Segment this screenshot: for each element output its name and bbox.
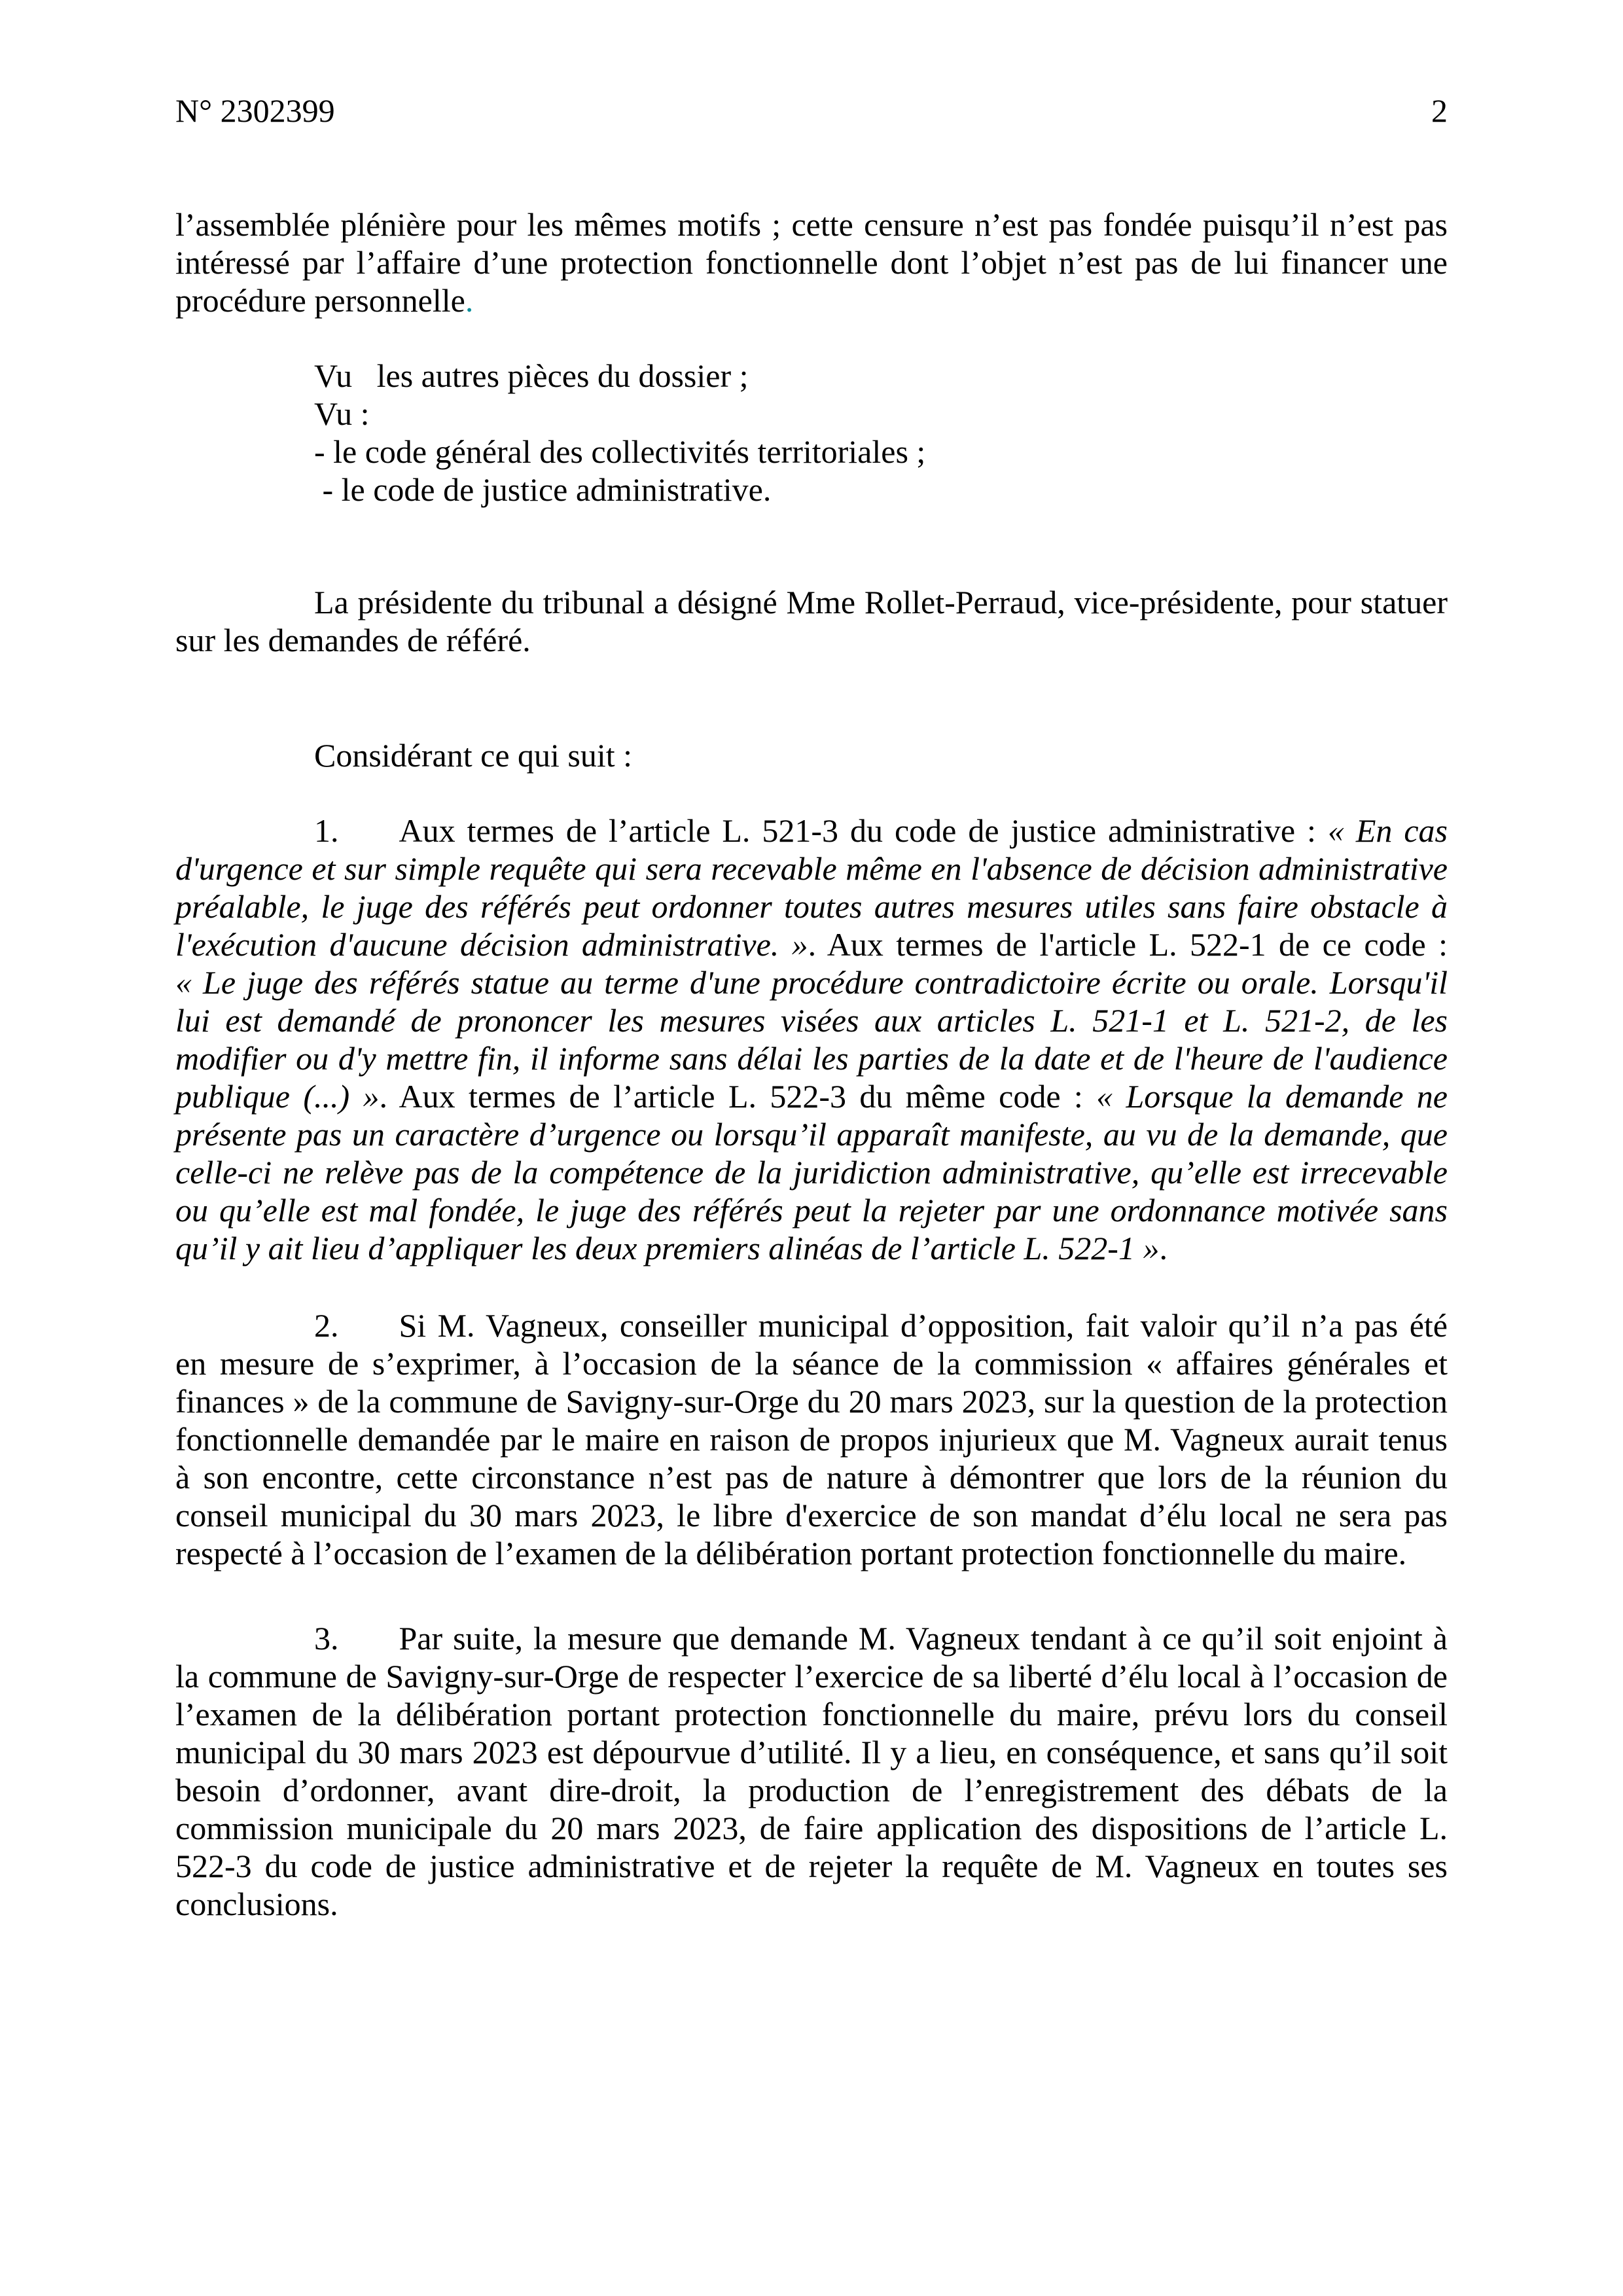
text-run: . Aux termes de l'article L. 522-1 de ce… bbox=[808, 926, 1448, 963]
text-run: l’assemblée plénière pour les mêmes moti… bbox=[175, 206, 1448, 319]
case-number: N° 2302399 bbox=[175, 92, 335, 130]
paragraph-considerant: Considérant ce qui suit : bbox=[175, 736, 1448, 774]
text-run: - le code général des collectivités terr… bbox=[314, 433, 925, 470]
page-sheet: N° 2302399 2 l’assemblée plénière pour l… bbox=[0, 0, 1623, 2296]
document-body: l’assemblée plénière pour les mêmes moti… bbox=[175, 206, 1448, 1923]
text-run: - le code de justice administrative. bbox=[314, 471, 771, 508]
text-run: La présidente du tribunal a désigné Mme … bbox=[175, 584, 1448, 658]
text-run: Aux termes de l’article L. 521-3 du code… bbox=[399, 812, 1328, 849]
paragraph-president: La présidente du tribunal a désigné Mme … bbox=[175, 583, 1448, 659]
paragraph-visa2: Vu : bbox=[314, 395, 1448, 433]
paragraph-visa4: - le code de justice administrative. bbox=[314, 471, 1448, 509]
text-run: 3. bbox=[314, 1620, 339, 1657]
text-run: Par suite, la mesure que demande M. Vagn… bbox=[175, 1620, 1448, 1922]
text-run: Considérant ce qui suit : bbox=[314, 737, 632, 774]
text-run: Vu : bbox=[314, 395, 370, 432]
text-run: . bbox=[1159, 1230, 1168, 1266]
paragraph-point3: 3.Par suite, la mesure que demande M. Va… bbox=[175, 1619, 1448, 1923]
text-run: Vu les autres pièces du dossier ; bbox=[314, 357, 749, 394]
accent-period: . bbox=[465, 282, 474, 319]
page-header: N° 2302399 2 bbox=[175, 92, 1448, 130]
paragraph-point1: 1.Aux termes de l’article L. 521-3 du co… bbox=[175, 812, 1448, 1267]
paragraph-visa1: Vu les autres pièces du dossier ; bbox=[314, 357, 1448, 395]
text-run: 1. bbox=[314, 812, 339, 849]
document-page: { "header": { "case_number": "N\u00b0 23… bbox=[0, 0, 1623, 2296]
text-run: . Aux termes de l’article L. 522-3 du mê… bbox=[379, 1078, 1096, 1115]
text-run: 2. bbox=[314, 1307, 339, 1344]
text-run: Si M. Vagneux, conseiller municipal d’op… bbox=[175, 1307, 1448, 1571]
paragraph-cont: l’assemblée plénière pour les mêmes moti… bbox=[175, 206, 1448, 319]
page-number: 2 bbox=[1431, 92, 1448, 130]
paragraph-point2: 2.Si M. Vagneux, conseiller municipal d’… bbox=[175, 1306, 1448, 1572]
paragraph-visa3: - le code général des collectivités terr… bbox=[314, 433, 1448, 471]
